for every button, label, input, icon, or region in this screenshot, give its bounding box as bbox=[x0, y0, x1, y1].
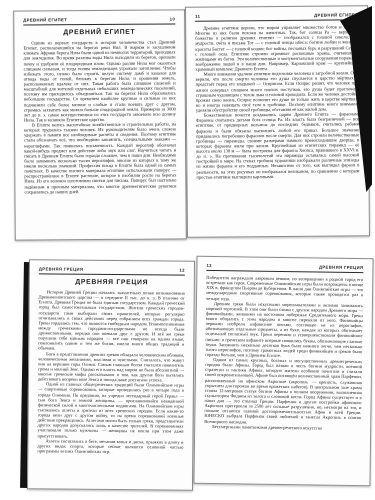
body-paragraph: Много внимания уделяли египтяне подготов… bbox=[196, 70, 359, 112]
page-number: 11 bbox=[195, 14, 200, 19]
body-paragraph: Атлеты состязались в беге, метании копья… bbox=[37, 438, 183, 455]
chapter-title: ДРЕВНЯЯ ГРЕЦИЯ bbox=[39, 278, 185, 286]
spread-pages-10-11: ДРЕВНИЙ ЕГИПЕТ 10 ДРЕВНИЙ ЕГИПЕТ Одним и… bbox=[10, 4, 372, 246]
body-paragraph: Древние египтяне верили, что миром управ… bbox=[195, 24, 358, 72]
page-11: 11 ДРЕВНИЙ ЕГИПЕТ Древние египтяне верил… bbox=[185, 5, 370, 238]
page-13: 13 ДРЕВНЯЯ ГРЕЦИЯ Победителя награждали … bbox=[193, 256, 373, 486]
page-10: ДРЕВНИЙ ЕГИПЕТ 10 ДРЕВНИЙ ЕГИПЕТ Одним и… bbox=[13, 9, 187, 240]
page-12: ДРЕВНЯЯ ГРЕЦИЯ 12 ДРЕВНЯЯ ГРЕЦИЯ История… bbox=[27, 259, 195, 490]
body-paragraph: История Древней Греции началась значител… bbox=[38, 289, 185, 352]
body-paragraph: Победителя награждали лавровым венком, п… bbox=[206, 275, 363, 303]
body-paragraph: Божественные почести воздавались царям Д… bbox=[196, 111, 360, 179]
page-body: История Древней Греции началась значител… bbox=[37, 289, 184, 454]
page-body: Древние египтяне верили, что миром управ… bbox=[195, 24, 359, 179]
body-paragraph: В Египте велись масштабные хозяйственные… bbox=[24, 121, 176, 194]
body-paragraph: Одной из главных общегреческих традиций … bbox=[37, 382, 183, 440]
page-body: Одним из первых государств в истории чел… bbox=[23, 39, 176, 194]
body-paragraph: Древние греки были искусными мореплавате… bbox=[205, 301, 363, 360]
chapter-title: ДРЕВНИЙ ЕГИПЕТ bbox=[23, 28, 175, 36]
spread-pages-12-13: ДРЕВНЯЯ ГРЕЦИЯ 12 ДРЕВНЯЯ ГРЕЦИЯ История… bbox=[8, 250, 372, 496]
running-head-title: ДРЕВНЯЯ ГРЕЦИЯ bbox=[319, 264, 364, 270]
page-body: Победителя награждали лавровым венком, п… bbox=[204, 275, 363, 431]
running-head: 13 ДРЕВНЯЯ ГРЕЦИЯ bbox=[206, 263, 363, 273]
page-number: 13 bbox=[206, 263, 212, 268]
page-number: 10 bbox=[170, 16, 176, 21]
running-head: 11 ДРЕВНИЙ ЕГИПЕТ bbox=[195, 12, 358, 21]
body-paragraph: Одним из первых государств в истории чел… bbox=[23, 39, 176, 122]
running-head-title: ДРЕВНИЙ ЕГИПЕТ bbox=[23, 17, 67, 22]
body-paragraph: Бессмертными памятниками древнегреческог… bbox=[204, 424, 361, 431]
body-paragraph: Боги в представлении древних греков обла… bbox=[38, 351, 184, 383]
body-paragraph: Одним из самых крупных, богатых и могуще… bbox=[204, 357, 362, 426]
running-head: ДРЕВНИЙ ЕГИПЕТ 10 bbox=[23, 16, 175, 25]
page-number: 12 bbox=[179, 268, 185, 273]
running-head: ДРЕВНЯЯ ГРЕЦИЯ 12 bbox=[39, 266, 185, 275]
running-head-title: ДРЕВНЯЯ ГРЕЦИЯ bbox=[39, 266, 83, 271]
